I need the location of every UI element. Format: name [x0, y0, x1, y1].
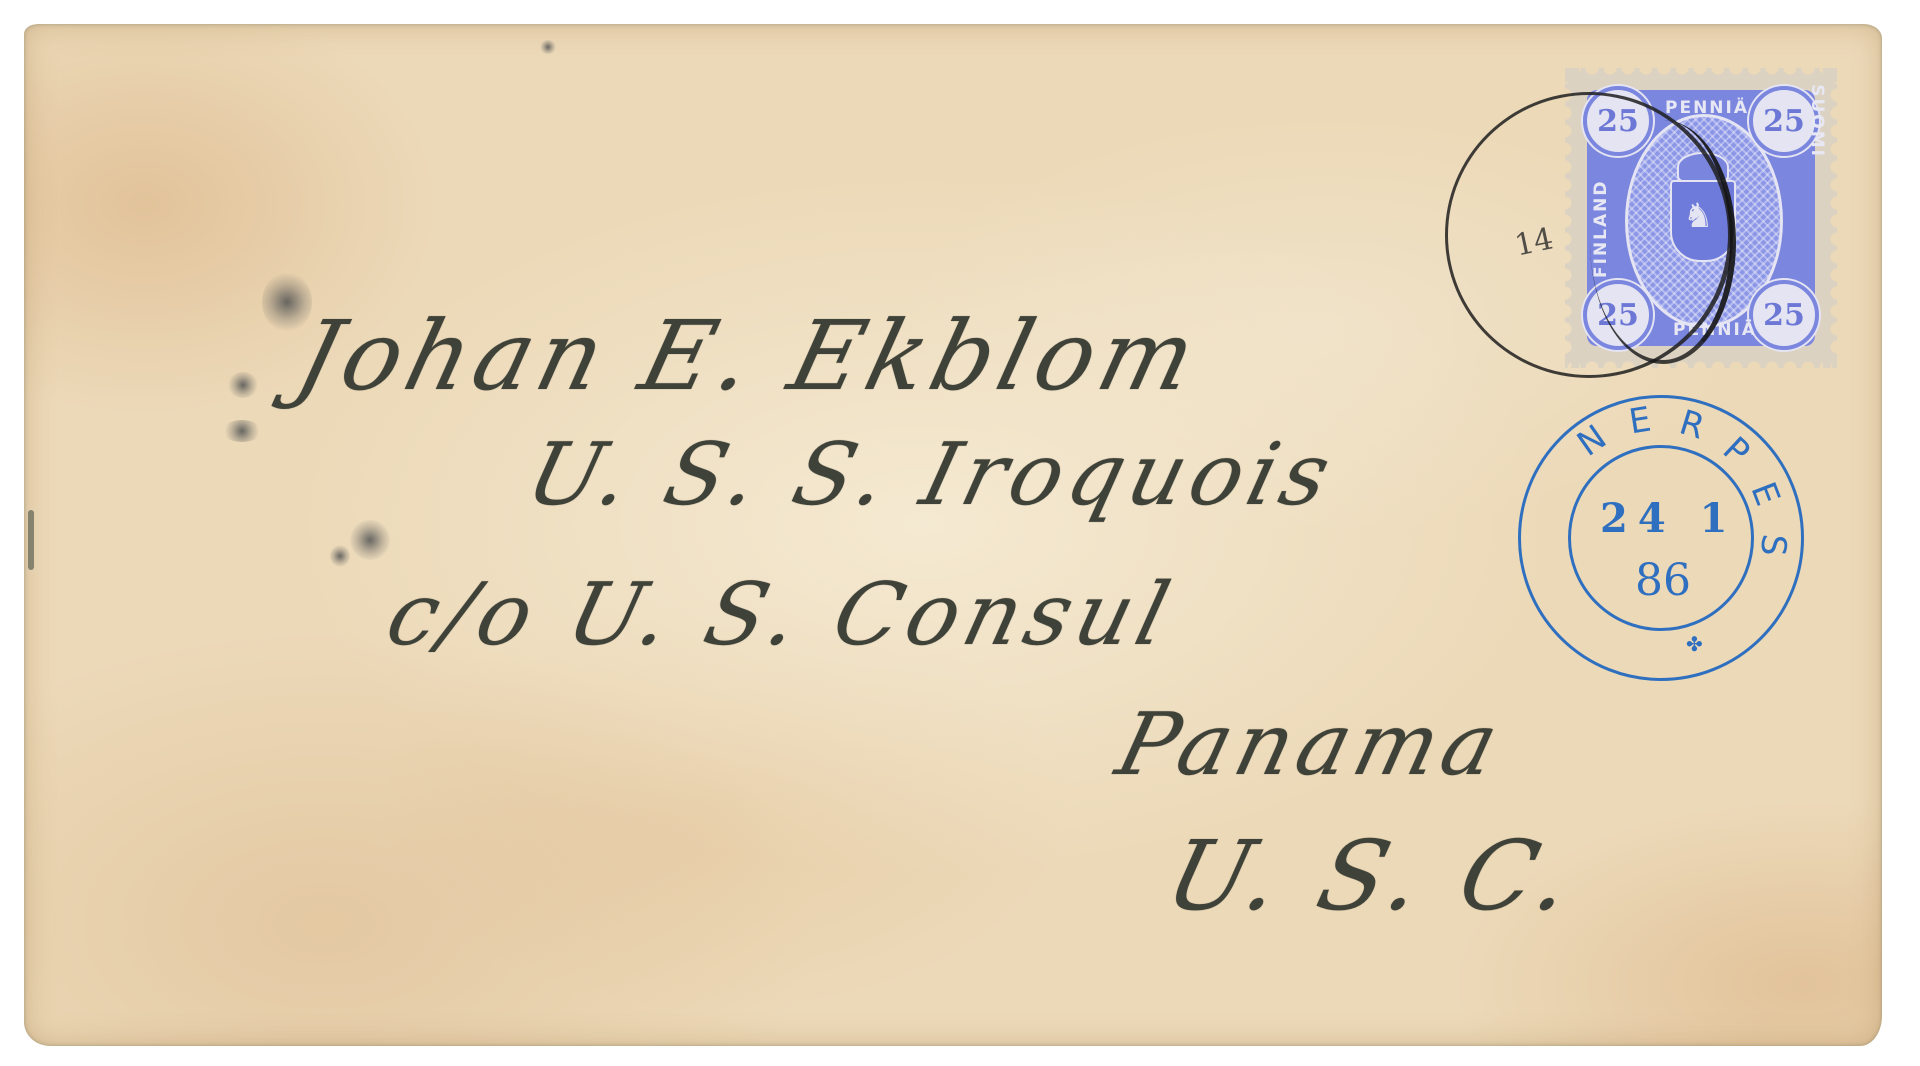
ink-smudge	[228, 372, 258, 398]
postmark-year: 86	[1635, 555, 1691, 606]
address-care-of: c/o U. S. Consul	[378, 565, 1185, 665]
stamp-country-right: SUOMI	[1807, 84, 1827, 158]
ink-smudge	[350, 520, 390, 560]
scan-background: Johan E. Ekblom U. S. S. Iroquois c/o U.…	[0, 0, 1920, 1066]
black-cancel-arc	[1590, 120, 1736, 364]
stamp-currency-top: PENNIÄ	[1665, 98, 1749, 118]
ink-smudge	[262, 272, 312, 332]
ink-smudge	[540, 40, 556, 54]
postmark-letter: E	[1617, 399, 1663, 445]
ink-smudge	[330, 545, 350, 567]
address-ship: U. S. S. Iroquois	[518, 425, 1346, 525]
address-name: Johan E. Ekblom	[286, 300, 1212, 412]
stamp-value-bottom-right: 25	[1749, 280, 1819, 350]
postmark-letter: S	[1751, 523, 1794, 566]
ink-smudge	[222, 420, 262, 442]
postmark-date: 24 1	[1600, 495, 1737, 542]
postmark-ornament-icon: ✤	[1686, 632, 1703, 656]
edge-ink-mark	[28, 510, 34, 570]
address-country: U. S. C.	[1156, 820, 1589, 932]
address-city: Panama	[1108, 695, 1514, 795]
